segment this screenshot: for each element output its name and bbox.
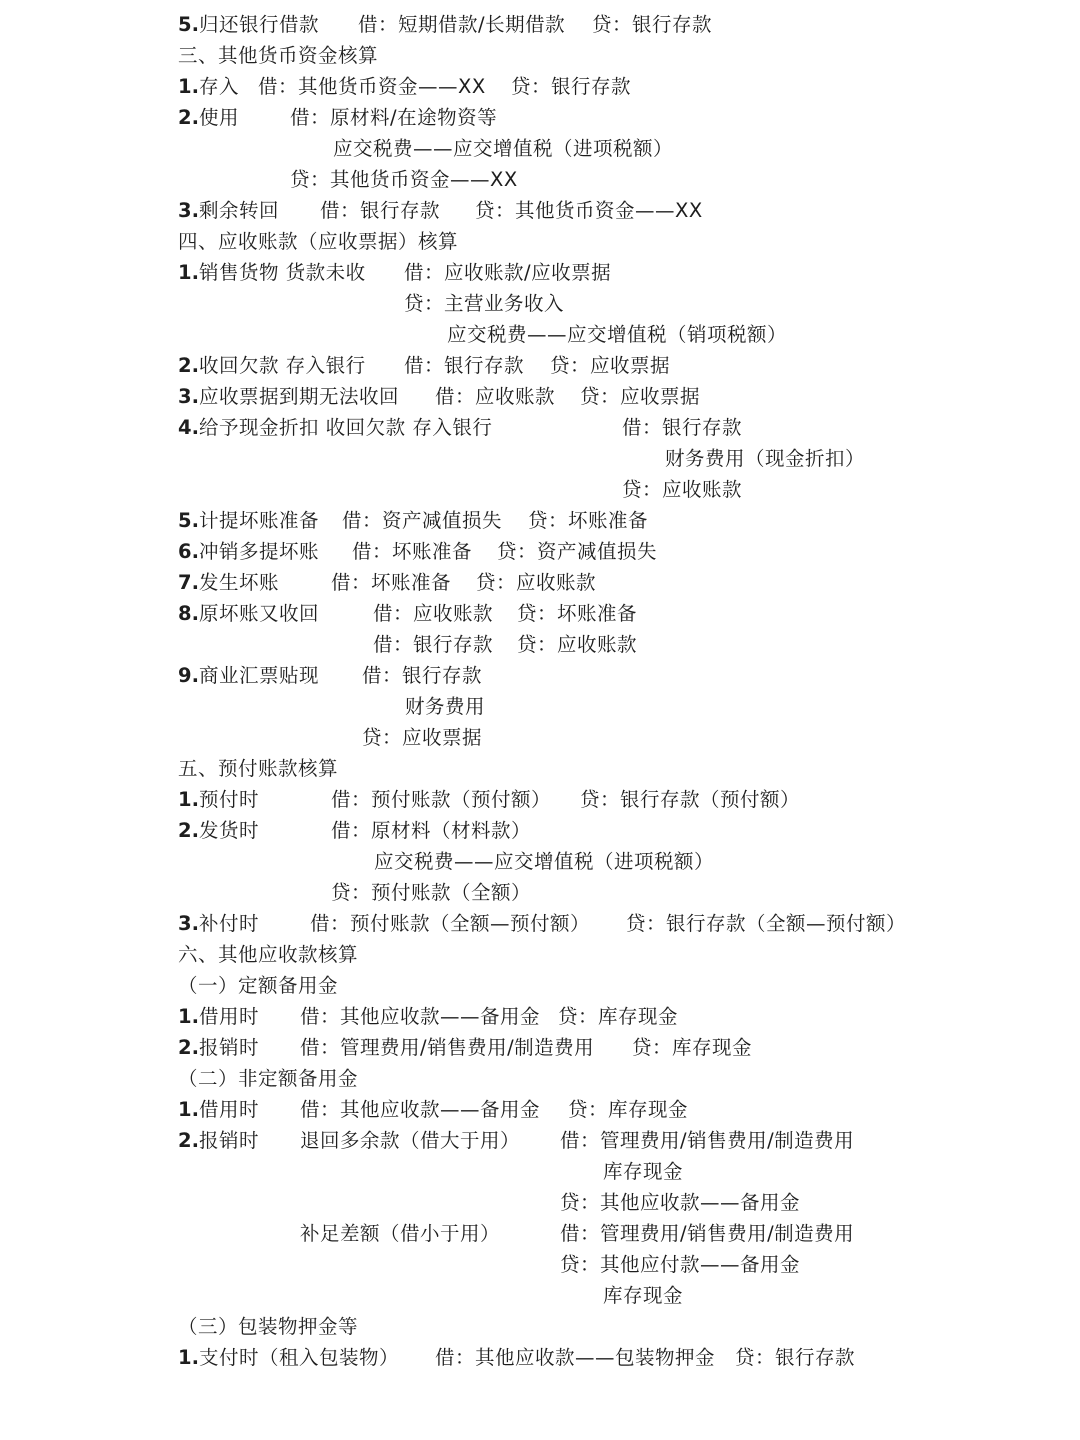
text-run: 借：管理费用/销售费用/制造费用	[300, 1036, 594, 1059]
accounting-entries-document: 5.归还银行借款借：短期借款/长期借款贷：银行存款三、其他货币资金核算1.存入借…	[0, 0, 1080, 1440]
text-run: 借：原材料（材料款）	[331, 819, 531, 842]
entry-text: 借：坏账准备	[352, 539, 472, 565]
text-run: 借：短期借款/长期借款	[358, 13, 565, 36]
text-run: 借：预付账款（预付额）	[331, 788, 551, 811]
section-heading: （一）定额备用金	[178, 973, 338, 999]
entry-number: 7.	[178, 571, 199, 594]
text-run: 商业汇票贴现	[199, 664, 319, 687]
entry-text: 借：管理费用/销售费用/制造费用	[300, 1035, 594, 1061]
entry-text: 贷：坏账准备	[528, 508, 648, 534]
entry-text: 贷：其他货币资金——XX	[290, 167, 518, 193]
entry-number: 1.	[178, 788, 199, 811]
entry-number: 3.	[178, 199, 199, 222]
entry-title: 1.存入	[178, 74, 239, 100]
entry-text: 贷：库存现金	[568, 1097, 688, 1123]
text-run: 收回欠款 存入银行	[199, 354, 366, 377]
entry-number: 2.	[178, 1129, 199, 1152]
text-run: 借：管理费用/销售费用/制造费用	[560, 1129, 854, 1152]
text-run: 发生坏账	[199, 571, 279, 594]
entry-text: 借：银行存款	[373, 632, 493, 658]
entry-number: 9.	[178, 664, 199, 687]
text-run: 应交税费——应交增值税（进项税额）	[333, 137, 673, 160]
entry-title: 2.使用	[178, 105, 239, 131]
entry-text: 贷：资产减值损失	[497, 539, 657, 565]
entry-text: 借：银行存款	[404, 353, 524, 379]
entry-text: 应交税费——应交增值税（进项税额）	[333, 136, 673, 162]
entry-text: 借：坏账准备	[331, 570, 451, 596]
text-run: 发货时	[199, 819, 259, 842]
text-run: 支付时（租入包装物）	[199, 1346, 399, 1369]
text-run: 四、应收账款（应收票据）核算	[178, 230, 458, 253]
text-run: 贷：银行存款	[592, 13, 712, 36]
text-run: 借：其他货币资金——XX	[258, 75, 486, 98]
text-run: 退回多余款（借大于用）	[300, 1129, 520, 1152]
text-run: 贷：银行存款（预付额）	[580, 788, 800, 811]
entry-text: 贷：银行存款（全额—预付额）	[626, 911, 906, 937]
section-heading: 五、预付账款核算	[178, 756, 338, 782]
entry-text: 贷：库存现金	[558, 1004, 678, 1030]
entry-text: 贷：银行存款	[511, 74, 631, 100]
entry-text: 借：其他应收款——包装物押金	[435, 1345, 715, 1371]
entry-title: 4.给予现金折扣 收回欠款 存入银行	[178, 415, 492, 441]
entry-text: 贷：应收票据	[550, 353, 670, 379]
entry-text: 贷：应收票据	[362, 725, 482, 751]
entry-title: 1.销售货物 货款未收	[178, 260, 366, 286]
text-run: 贷：应收票据	[550, 354, 670, 377]
text-run: 贷：主营业务收入	[404, 292, 564, 315]
text-run: 借：其他应收款——备用金	[300, 1098, 540, 1121]
text-run: 贷：应收账款	[476, 571, 596, 594]
text-run: 借用时	[199, 1098, 259, 1121]
entry-text: 贷：库存现金	[632, 1035, 752, 1061]
section-heading: 四、应收账款（应收票据）核算	[178, 229, 458, 255]
text-run: 借：管理费用/销售费用/制造费用	[560, 1222, 854, 1245]
text-run: 借：银行存款	[622, 416, 742, 439]
text-run: 贷：其他应收款——备用金	[560, 1191, 800, 1214]
entry-title: 5.计提坏账准备	[178, 508, 319, 534]
entry-text: 借：应收账款	[435, 384, 555, 410]
entry-text: 借：原材料/在途物资等	[290, 105, 497, 131]
text-run: 贷：预付账款（全额）	[331, 881, 531, 904]
text-run: 贷：银行存款	[511, 75, 631, 98]
text-run: 六、其他应收款核算	[178, 943, 358, 966]
entry-title: 1.支付时（租入包装物）	[178, 1345, 399, 1371]
entry-title: 6.冲销多提坏账	[178, 539, 319, 565]
entry-text: 贷：应收账款	[517, 632, 637, 658]
entry-title: 3.应收票据到期无法收回	[178, 384, 399, 410]
entry-text: 借：应收账款	[373, 601, 493, 627]
text-run: 借：原材料/在途物资等	[290, 106, 497, 129]
text-run: 原坏账又收回	[199, 602, 319, 625]
text-run: 财务费用（现金折扣）	[665, 447, 865, 470]
entry-text: 贷：其他应付款——备用金	[560, 1252, 800, 1278]
entry-number: 1.	[178, 261, 199, 284]
entry-number: 1.	[178, 1346, 199, 1369]
entry-title: 2.报销时	[178, 1035, 259, 1061]
entry-text: 贷：银行存款（预付额）	[580, 787, 800, 813]
entry-text: 贷：银行存款	[735, 1345, 855, 1371]
text-run: 销售货物 货款未收	[199, 261, 366, 284]
section-heading: 六、其他应收款核算	[178, 942, 358, 968]
entry-text: 借：预付账款（预付额）	[331, 787, 551, 813]
text-run: 应交税费——应交增值税（销项税额）	[447, 323, 787, 346]
entry-title: 1.借用时	[178, 1097, 259, 1123]
entry-text: 应交税费——应交增值税（销项税额）	[447, 322, 787, 348]
text-run: 借：资产减值损失	[342, 509, 502, 532]
text-run: 借：银行存款	[320, 199, 440, 222]
entry-title: 8.原坏账又收回	[178, 601, 319, 627]
text-run: 补付时	[199, 912, 259, 935]
entry-number: 1.	[178, 1098, 199, 1121]
text-run: 贷：其他货币资金——XX	[290, 168, 518, 191]
entry-text: 借：原材料（材料款）	[331, 818, 531, 844]
text-run: 冲销多提坏账	[199, 540, 319, 563]
text-run: 归还银行借款	[199, 13, 319, 36]
text-run: 借：应收账款	[435, 385, 555, 408]
text-run: 应交税费——应交增值税（进项税额）	[374, 850, 714, 873]
entry-text: 借：短期借款/长期借款	[358, 12, 565, 38]
entry-text: 库存现金	[603, 1159, 683, 1185]
entry-text: 借：管理费用/销售费用/制造费用	[560, 1128, 854, 1154]
entry-text: 应交税费——应交增值税（进项税额）	[374, 849, 714, 875]
text-run: 剩余转回	[199, 199, 279, 222]
text-run: 给予现金折扣 收回欠款 存入银行	[199, 416, 492, 439]
text-run: （一）定额备用金	[178, 974, 338, 997]
section-heading: （二）非定额备用金	[178, 1066, 358, 1092]
entry-text: 贷：主营业务收入	[404, 291, 564, 317]
entry-text: 贷：预付账款（全额）	[331, 880, 531, 906]
text-run: 使用	[199, 106, 239, 129]
entry-number: 1.	[178, 75, 199, 98]
entry-text: 借：银行存款	[320, 198, 440, 224]
text-run: 贷：库存现金	[632, 1036, 752, 1059]
entry-number: 1.	[178, 1005, 199, 1028]
entry-number: 2.	[178, 354, 199, 377]
entry-title: 2.收回欠款 存入银行	[178, 353, 366, 379]
text-run: 借：应收账款	[373, 602, 493, 625]
entry-text: 贷：银行存款	[592, 12, 712, 38]
text-run: 五、预付账款核算	[178, 757, 338, 780]
entry-text: 贷：应收账款	[622, 477, 742, 503]
text-run: 三、其他货币资金核算	[178, 44, 378, 67]
entry-number: 4.	[178, 416, 199, 439]
entry-text: 补足差额（借小于用）	[300, 1221, 500, 1247]
entry-number: 3.	[178, 385, 199, 408]
entry-number: 8.	[178, 602, 199, 625]
entry-text: 借：其他应收款——备用金	[300, 1097, 540, 1123]
section-heading: 三、其他货币资金核算	[178, 43, 378, 69]
text-run: 贷：库存现金	[558, 1005, 678, 1028]
entry-number: 2.	[178, 819, 199, 842]
entry-text: 借：银行存款	[622, 415, 742, 441]
text-run: 计提坏账准备	[199, 509, 319, 532]
entry-text: 财务费用（现金折扣）	[665, 446, 865, 472]
text-run: 借用时	[199, 1005, 259, 1028]
text-run: 贷：其他应付款——备用金	[560, 1253, 800, 1276]
entry-text: 库存现金	[603, 1283, 683, 1309]
entry-title: 3.补付时	[178, 911, 259, 937]
text-run: 应收票据到期无法收回	[199, 385, 399, 408]
entry-title: 1.预付时	[178, 787, 259, 813]
entry-text: 借：应收账款/应收票据	[404, 260, 611, 286]
entry-text: 退回多余款（借大于用）	[300, 1128, 520, 1154]
text-run: 借：其他应收款——包装物押金	[435, 1346, 715, 1369]
text-run: 贷：资产减值损失	[497, 540, 657, 563]
entry-number: 3.	[178, 912, 199, 935]
entry-number: 6.	[178, 540, 199, 563]
entry-text: 借：银行存款	[362, 663, 482, 689]
text-run: 贷：库存现金	[568, 1098, 688, 1121]
entry-text: 贷：其他货币资金——XX	[475, 198, 703, 224]
text-run: 库存现金	[603, 1284, 683, 1307]
text-run: 借：预付账款（全额—预付额）	[310, 912, 590, 935]
entry-text: 借：资产减值损失	[342, 508, 502, 534]
text-run: 借：银行存款	[373, 633, 493, 656]
entry-text: 借：其他应收款——备用金	[300, 1004, 540, 1030]
entry-title: 7.发生坏账	[178, 570, 279, 596]
entry-title: 5.归还银行借款	[178, 12, 319, 38]
text-run: 报销时	[199, 1036, 259, 1059]
text-run: 借：银行存款	[362, 664, 482, 687]
text-run: 贷：应收票据	[580, 385, 700, 408]
entry-number: 5.	[178, 13, 199, 36]
text-run: 贷：银行存款（全额—预付额）	[626, 912, 906, 935]
text-run: 贷：坏账准备	[528, 509, 648, 532]
text-run: 借：其他应收款——备用金	[300, 1005, 540, 1028]
entry-title: 9.商业汇票贴现	[178, 663, 319, 689]
entry-text: 财务费用	[405, 694, 485, 720]
entry-text: 借：预付账款（全额—预付额）	[310, 911, 590, 937]
text-run: 预付时	[199, 788, 259, 811]
text-run: 贷：应收账款	[622, 478, 742, 501]
entry-title: 3.剩余转回	[178, 198, 279, 224]
text-run: 补足差额（借小于用）	[300, 1222, 500, 1245]
text-run: 借：应收账款/应收票据	[404, 261, 611, 284]
text-run: 财务费用	[405, 695, 485, 718]
text-run: 贷：其他货币资金——XX	[475, 199, 703, 222]
text-run: 贷：坏账准备	[517, 602, 637, 625]
text-run: 贷：银行存款	[735, 1346, 855, 1369]
entry-text: 借：其他货币资金——XX	[258, 74, 486, 100]
text-run: 库存现金	[603, 1160, 683, 1183]
text-run: 报销时	[199, 1129, 259, 1152]
text-run: 贷：应收账款	[517, 633, 637, 656]
text-run: 借：坏账准备	[352, 540, 472, 563]
entry-number: 5.	[178, 509, 199, 532]
entry-title: 1.借用时	[178, 1004, 259, 1030]
section-heading: （三）包装物押金等	[178, 1314, 358, 1340]
entry-number: 2.	[178, 106, 199, 129]
entry-text: 贷：应收票据	[580, 384, 700, 410]
entry-number: 2.	[178, 1036, 199, 1059]
entry-text: 贷：坏账准备	[517, 601, 637, 627]
entry-title: 2.发货时	[178, 818, 259, 844]
text-run: （三）包装物押金等	[178, 1315, 358, 1338]
entry-text: 贷：其他应收款——备用金	[560, 1190, 800, 1216]
text-run: （二）非定额备用金	[178, 1067, 358, 1090]
entry-text: 贷：应收账款	[476, 570, 596, 596]
text-run: 贷：应收票据	[362, 726, 482, 749]
text-run: 借：坏账准备	[331, 571, 451, 594]
text-run: 存入	[199, 75, 239, 98]
entry-text: 借：管理费用/销售费用/制造费用	[560, 1221, 854, 1247]
text-run: 借：银行存款	[404, 354, 524, 377]
entry-title: 2.报销时	[178, 1128, 259, 1154]
